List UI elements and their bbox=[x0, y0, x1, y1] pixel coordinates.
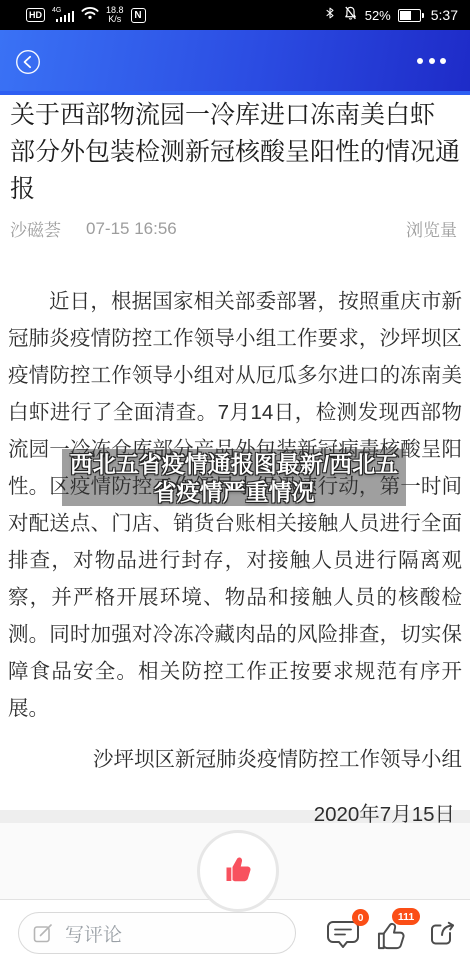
battery-icon bbox=[398, 9, 424, 22]
back-button[interactable] bbox=[15, 49, 41, 75]
article-title: 关于西部物流园一冷库进口冻南美白虾 部分外包装检测新冠核酸呈阳性的情况通报 bbox=[10, 97, 460, 208]
hd-volte-icon: HD bbox=[26, 8, 45, 22]
battery-percent-label: 52% bbox=[365, 8, 391, 23]
status-right-cluster: 52% 5:37 bbox=[324, 5, 458, 26]
share-button[interactable] bbox=[428, 918, 458, 953]
status-left-cluster: HD 4G 18.8 K/s N bbox=[26, 6, 146, 25]
comment-count-badge: 0 bbox=[352, 909, 369, 926]
bluetooth-icon bbox=[324, 5, 336, 26]
article-meta: 沙磁荟 07-15 16:56 浏览量 bbox=[10, 216, 457, 241]
watermark-overlay: 西北五省疫情通报图最新/西北五省疫情严重情况 bbox=[62, 449, 406, 506]
wifi-icon bbox=[81, 6, 99, 25]
app-header bbox=[0, 30, 470, 91]
cellular-signal-icon: 4G bbox=[52, 8, 74, 23]
comments-button[interactable]: 0 bbox=[326, 919, 360, 954]
status-bar: HD 4G 18.8 K/s N bbox=[0, 0, 470, 30]
thumbs-up-outline-icon bbox=[376, 921, 409, 952]
comment-placeholder: 写评论 bbox=[65, 920, 122, 947]
compose-icon bbox=[32, 922, 54, 944]
like-count-badge: 111 bbox=[392, 908, 420, 925]
comment-input[interactable]: 写评论 bbox=[18, 912, 296, 954]
like-count-button[interactable]: 111 bbox=[376, 921, 409, 957]
nfc-icon: N bbox=[131, 8, 146, 23]
article-page: HD 4G 18.8 K/s N bbox=[0, 0, 470, 960]
notifications-muted-icon bbox=[343, 5, 358, 26]
network-speed: 18.8 K/s bbox=[106, 6, 124, 24]
views-label: 浏览量 bbox=[406, 216, 457, 241]
watermark-text: 西北五省疫情通报图最新/西北五省疫情严重情况 bbox=[64, 450, 404, 506]
author-name[interactable]: 沙磁荟 bbox=[10, 216, 61, 241]
article-date: 2020年7月15日 bbox=[15, 796, 455, 833]
more-options-button[interactable] bbox=[417, 58, 446, 64]
clock-label: 5:37 bbox=[431, 7, 458, 23]
thumbs-up-icon bbox=[219, 853, 257, 889]
share-icon bbox=[428, 918, 458, 948]
publish-time: 07-15 16:56 bbox=[86, 219, 177, 239]
like-thumb-button[interactable] bbox=[197, 830, 279, 912]
article-signature: 沙坪坝区新冠肺炎疫情防控工作领导小组 bbox=[8, 741, 462, 778]
